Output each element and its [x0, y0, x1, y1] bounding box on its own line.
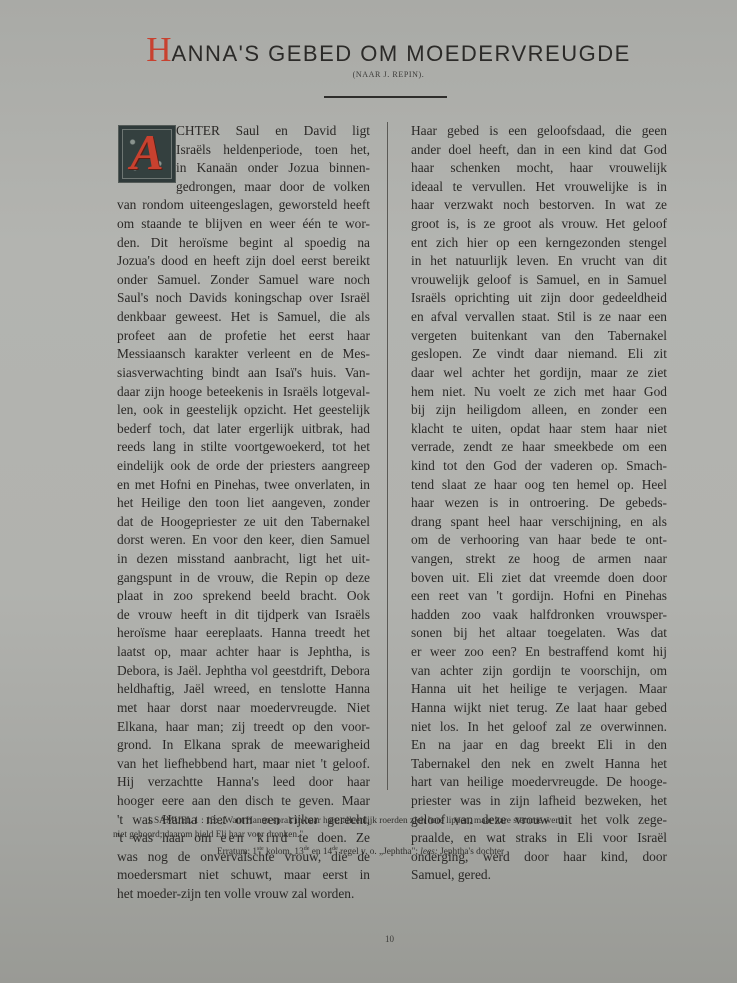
text-line: Tabernakel den nek en zwelt Hanna het	[411, 755, 667, 774]
text-line: geslopen. Ze vindt daar niemand. Eli zit	[411, 345, 667, 364]
text-line: en met Hofni en Pinehas, twee onverlaten…	[117, 476, 370, 495]
text-line: in dezen misstand aanbracht, ligt het ui…	[117, 550, 370, 569]
text-line: gangspunt in de vrouw, die Repin op deze	[117, 569, 370, 588]
text-line: ent zich hier op een kerngezonden stenge…	[411, 234, 667, 253]
column-divider	[387, 122, 388, 790]
text-line: En na jaar en dag breekt Eli in den	[411, 736, 667, 755]
text-line: hooger eere aan den disch te geven. Maar	[117, 792, 370, 811]
text-line: Jozua's dood en heeft zijn doel eerst be…	[117, 252, 370, 271]
text-line: daar zijn hooge beteekenis in Israëls lo…	[117, 383, 370, 402]
text-line: verrade, zendt ze haar smeekbede om een	[411, 438, 667, 457]
text-line: haar schenken mocht, haar vrouwelijk	[411, 159, 667, 178]
text-line: plaat in zoo sprekend beeld bracht. Ook	[117, 587, 370, 606]
text-line: siasverwachting bindt aan Isaï's huis. V…	[117, 364, 370, 383]
text-line: profeet aan de profetie het eerst haar	[117, 327, 370, 346]
text-line: bederf toch, dat later ergerlijk uitbrak…	[117, 420, 370, 439]
title-initial: H	[146, 30, 171, 69]
text-line: den. Dit heroïsme begint al spoedig na	[117, 234, 370, 253]
erratum-label: Erratum: 1	[217, 847, 257, 857]
text-line: haar wezen is in ontroering. De gebeds-	[411, 494, 667, 513]
text-line: van achter zijn gordijn te voorschijn, o…	[411, 662, 667, 681]
text-line: vangen, strekt ze hoog de armen naar	[411, 550, 667, 569]
erratum-text: regel v. o. „Jephtha";	[338, 847, 420, 857]
text-line: onder Samuel. Zonder Samuel ware noch	[117, 271, 370, 290]
text-line: de vrouw heeft in dit tijdperk van Israë…	[117, 606, 370, 625]
text-line: dorst weren. En voor den keer, dien Samu…	[117, 531, 370, 550]
text-line: bij zijn heiligdom alleen, en zonder een	[411, 401, 667, 420]
text-line: gedrongen, maar door de volken	[117, 178, 370, 197]
title-text: ANNA'S GEBED OM MOEDERVREUGDE	[172, 41, 631, 66]
text-line: laatst op, maar achter haar is Jephtha, …	[117, 643, 370, 662]
erratum-text: kolom, 13	[264, 847, 304, 857]
text-line: sonen bij het altaar toegelaten. Was dat	[411, 624, 667, 643]
text-line: dat de Hoogepriester ze uit den Tabernak…	[117, 513, 370, 532]
text-line: het moeder-zijn ten volle vrouw zal word…	[117, 885, 370, 904]
scripture-footnote-line-1: 1 SAMUEL 1 : 13: „Want Hanna sprak in ha…	[147, 816, 563, 826]
erratum-superscript: ste	[257, 846, 264, 852]
text-line: Haar gebed is een geloofsdaad, die geen	[411, 122, 667, 141]
text-line: en afval vervallen staat. Stil is ze naa…	[411, 308, 667, 327]
text-line: hem niet. Nu voelt ze zich met haar God	[411, 383, 667, 402]
text-line: grond. In Elkana sprak de meewarigheid	[117, 736, 370, 755]
text-line: hadden zoo vaak halfdronken vrouwsper-	[411, 606, 667, 625]
text-line: het Heilige den toon liet aangeven, zond…	[117, 494, 370, 513]
text-line: Debora, is Jaël. Jephtha vol geestdrift,…	[117, 662, 370, 681]
text-line: niet los. In het geloof zal ze overwinne…	[411, 718, 667, 737]
text-line: boven uit. Eli ziet dat vreemde doen doo…	[411, 569, 667, 588]
text-line: kind tot den God der vaderen op. Smach-	[411, 457, 667, 476]
text-line: drang spant heel haar verschijning, en a…	[411, 513, 667, 532]
erratum-correction: Jephtha's dochter	[438, 847, 504, 857]
text-line: len, ook in geestelijk opzicht. Het gees…	[117, 401, 370, 420]
page-title: HANNA'S GEBED OM MOEDERVREUGDE	[0, 30, 737, 70]
text-line: Saul's noch Davids koningschap over Isra…	[117, 289, 370, 308]
text-line: haar verzwakt noch bestorven. In wat ze	[411, 196, 667, 215]
text-line: priester was in zijn lafheid bezweken, h…	[411, 792, 667, 811]
text-line: Israëls oprichting uit zijn door gedeeld…	[411, 289, 667, 308]
erratum-note: Erratum: 1ste kolom, 13de en 14de regel …	[217, 846, 504, 857]
text-line: Messiaansch karakter verleent en de Mes-	[117, 345, 370, 364]
text-line: vergeten buitenkant van den Tabernakel	[411, 327, 667, 346]
text-line: in Kanaän onder Jozua binnen-	[117, 159, 370, 178]
text-line: Hij verzachtte Hanna's leed door haar	[117, 773, 370, 792]
text-line: daar wel achter het gordijn, maar ze zie…	[411, 364, 667, 383]
erratum-lees: lees:	[420, 847, 438, 857]
text-line: van rondom uiteengeslagen, geworsteld he…	[117, 196, 370, 215]
text-line: tend slaat ze haar oog ten hemel op. Hee…	[411, 476, 667, 495]
text-line: praalde, en wat straks in Eli voor Israë…	[411, 829, 667, 848]
text-line: ander doel heeft, dan in een kind dat Go…	[411, 141, 667, 160]
text-line: klacht te uiten, opdat haar stem haar ni…	[411, 420, 667, 439]
text-line: om staande te blijven en weer één te wor…	[117, 215, 370, 234]
text-line: reeds lang in stilte voortgewoekerd, tot…	[117, 438, 370, 457]
text-line: er weer zoo een? En bestraffend komt hij	[411, 643, 667, 662]
text-line: hart van heilige moedervreugde. De hooge…	[411, 773, 667, 792]
subtitle-attribution: (NAAR J. REPIN).	[0, 70, 737, 79]
text-line: groot is, is ze groot als vrouw. Het gel…	[411, 215, 667, 234]
text-line: met haar dorst naar moedervreugde. Niet	[117, 699, 370, 718]
text-column-right: Haar gebed is een geloofsdaad, die geena…	[411, 122, 667, 885]
text-line: Elkana, haar man; zij treedt op den voor…	[117, 718, 370, 737]
text-line: Israëls heldenperiode, toen het,	[117, 141, 370, 160]
text-line: moedersmart niet schuwt, maar eerst in	[117, 866, 370, 885]
text-line: heroïsme haar eereplaats. Hanna treedt h…	[117, 624, 370, 643]
scripture-footnote-line-2: niet gehoord; daarom hield Eli haar voor…	[113, 830, 303, 840]
text-line: om de verhooring van haar bede te ont-	[411, 531, 667, 550]
erratum-text: en 14	[309, 847, 332, 857]
text-line: van het liefhebbend hart, maar niet 't g…	[117, 755, 370, 774]
text-line: Samuel, gered.	[411, 866, 667, 885]
text-line: ideaal te vervullen. Het vrouwelijke is …	[411, 178, 667, 197]
text-line: CHTER Saul en David ligt	[117, 122, 370, 141]
text-column-left: CHTER Saul en David ligtIsraëls heldenpe…	[117, 122, 370, 904]
text-line: in het natuurlijk leven. En vrucht van d…	[411, 252, 667, 271]
text-line: Hanna uit het heilige te verjagen. Maar	[411, 680, 667, 699]
page-number: 10	[385, 934, 394, 944]
text-line: een reet van 't gordijn. Hofni en Pineha…	[411, 587, 667, 606]
text-line: eindelijk ook de orde der priesters aang…	[117, 457, 370, 476]
title-divider-rule	[324, 96, 447, 98]
text-line: heldhaftig, Jaël wreed, en tenslotte Han…	[117, 680, 370, 699]
text-line: denkbaar geweest. Het is Samuel, die als	[117, 308, 370, 327]
magazine-page: HANNA'S GEBED OM MOEDERVREUGDE (NAAR J. …	[0, 0, 737, 983]
text-line: vrouwelijk geloof is Samuel, en in Samue…	[411, 271, 667, 290]
text-line: Hanna wijkt niet terug. Ze laat haar geb…	[411, 699, 667, 718]
